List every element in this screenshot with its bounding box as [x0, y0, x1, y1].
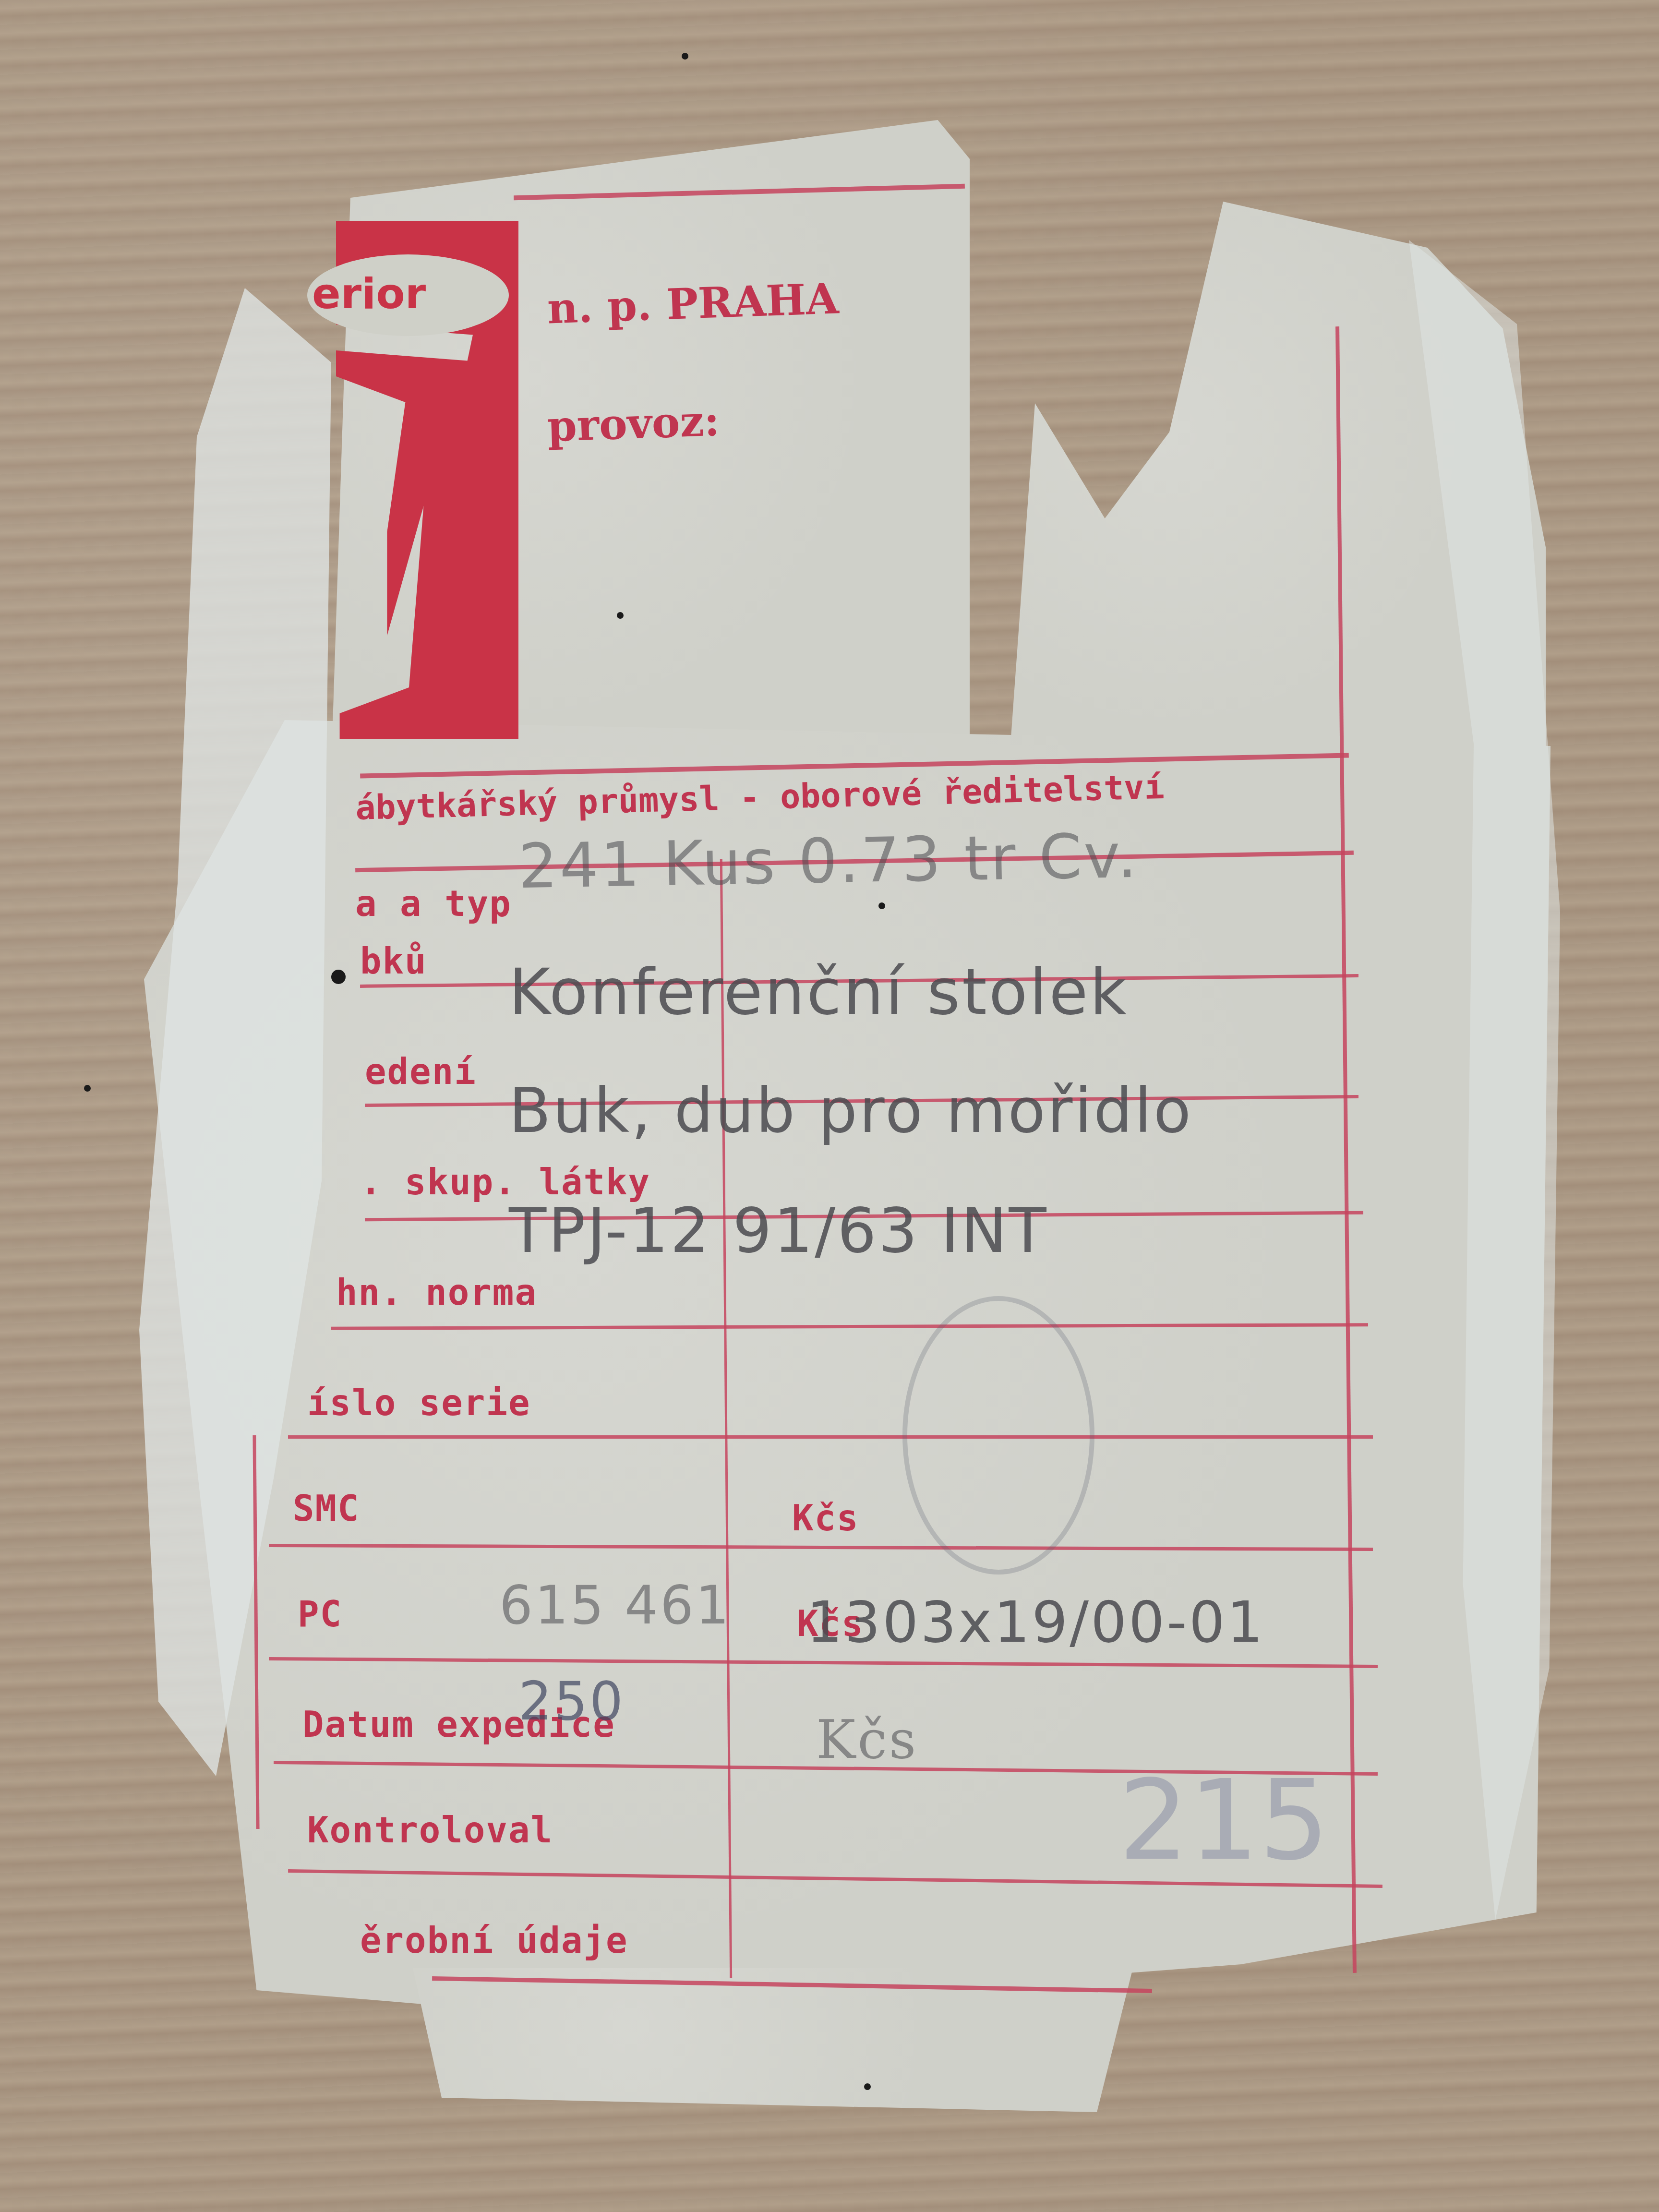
typed-norm: TPJ-12 91/63 INT	[509, 1195, 1048, 1267]
field-label-products: bků	[360, 941, 427, 982]
handwritten-number: 215	[1118, 1757, 1329, 1885]
torn-label-photo: erior n. p. PRAHA provoz: ábytkářský prů…	[0, 0, 1659, 2212]
speck	[864, 2083, 871, 2090]
plant-label: provoz:	[546, 396, 720, 451]
field-label-checked-by: Kontroloval	[307, 1810, 553, 1851]
field-label-pc: PC	[298, 1594, 342, 1635]
field-label-finish: edení	[365, 1051, 477, 1093]
form-rule	[288, 1435, 1373, 1439]
faint-oval-stamp	[902, 1296, 1094, 1575]
speck	[878, 902, 885, 909]
typed-finish: Buk, dub pro mořidlo	[509, 1075, 1193, 1147]
field-label-smc: SMC	[293, 1488, 360, 1529]
logo-text: erior	[312, 269, 426, 318]
typed-code-line: 241 Kus 0.73 tr Cv.	[518, 820, 1140, 903]
speck	[617, 612, 624, 619]
field-label-name-type: a a typ	[355, 883, 512, 925]
field-label-production-data: ěrobní údaje	[360, 1920, 628, 1961]
field-label-smc-currency: Kčs	[792, 1498, 859, 1539]
typed-dispatch-value: 250	[518, 1671, 625, 1732]
typed-pc-code: 1303x19/00-01	[806, 1589, 1265, 1655]
field-label-series-number: íslo serie	[307, 1382, 531, 1424]
typed-currency: Kčs	[816, 1709, 918, 1770]
typed-product-name: Konferenční stolek	[509, 955, 1129, 1029]
field-label-tech-norm: hn. norma	[336, 1272, 537, 1313]
speck	[682, 53, 688, 60]
pin-hole	[331, 970, 346, 984]
enterprise-name: n. p. PRAHA	[546, 273, 839, 333]
typed-pc-number: 615 461	[499, 1575, 731, 1636]
speck	[84, 1085, 91, 1092]
